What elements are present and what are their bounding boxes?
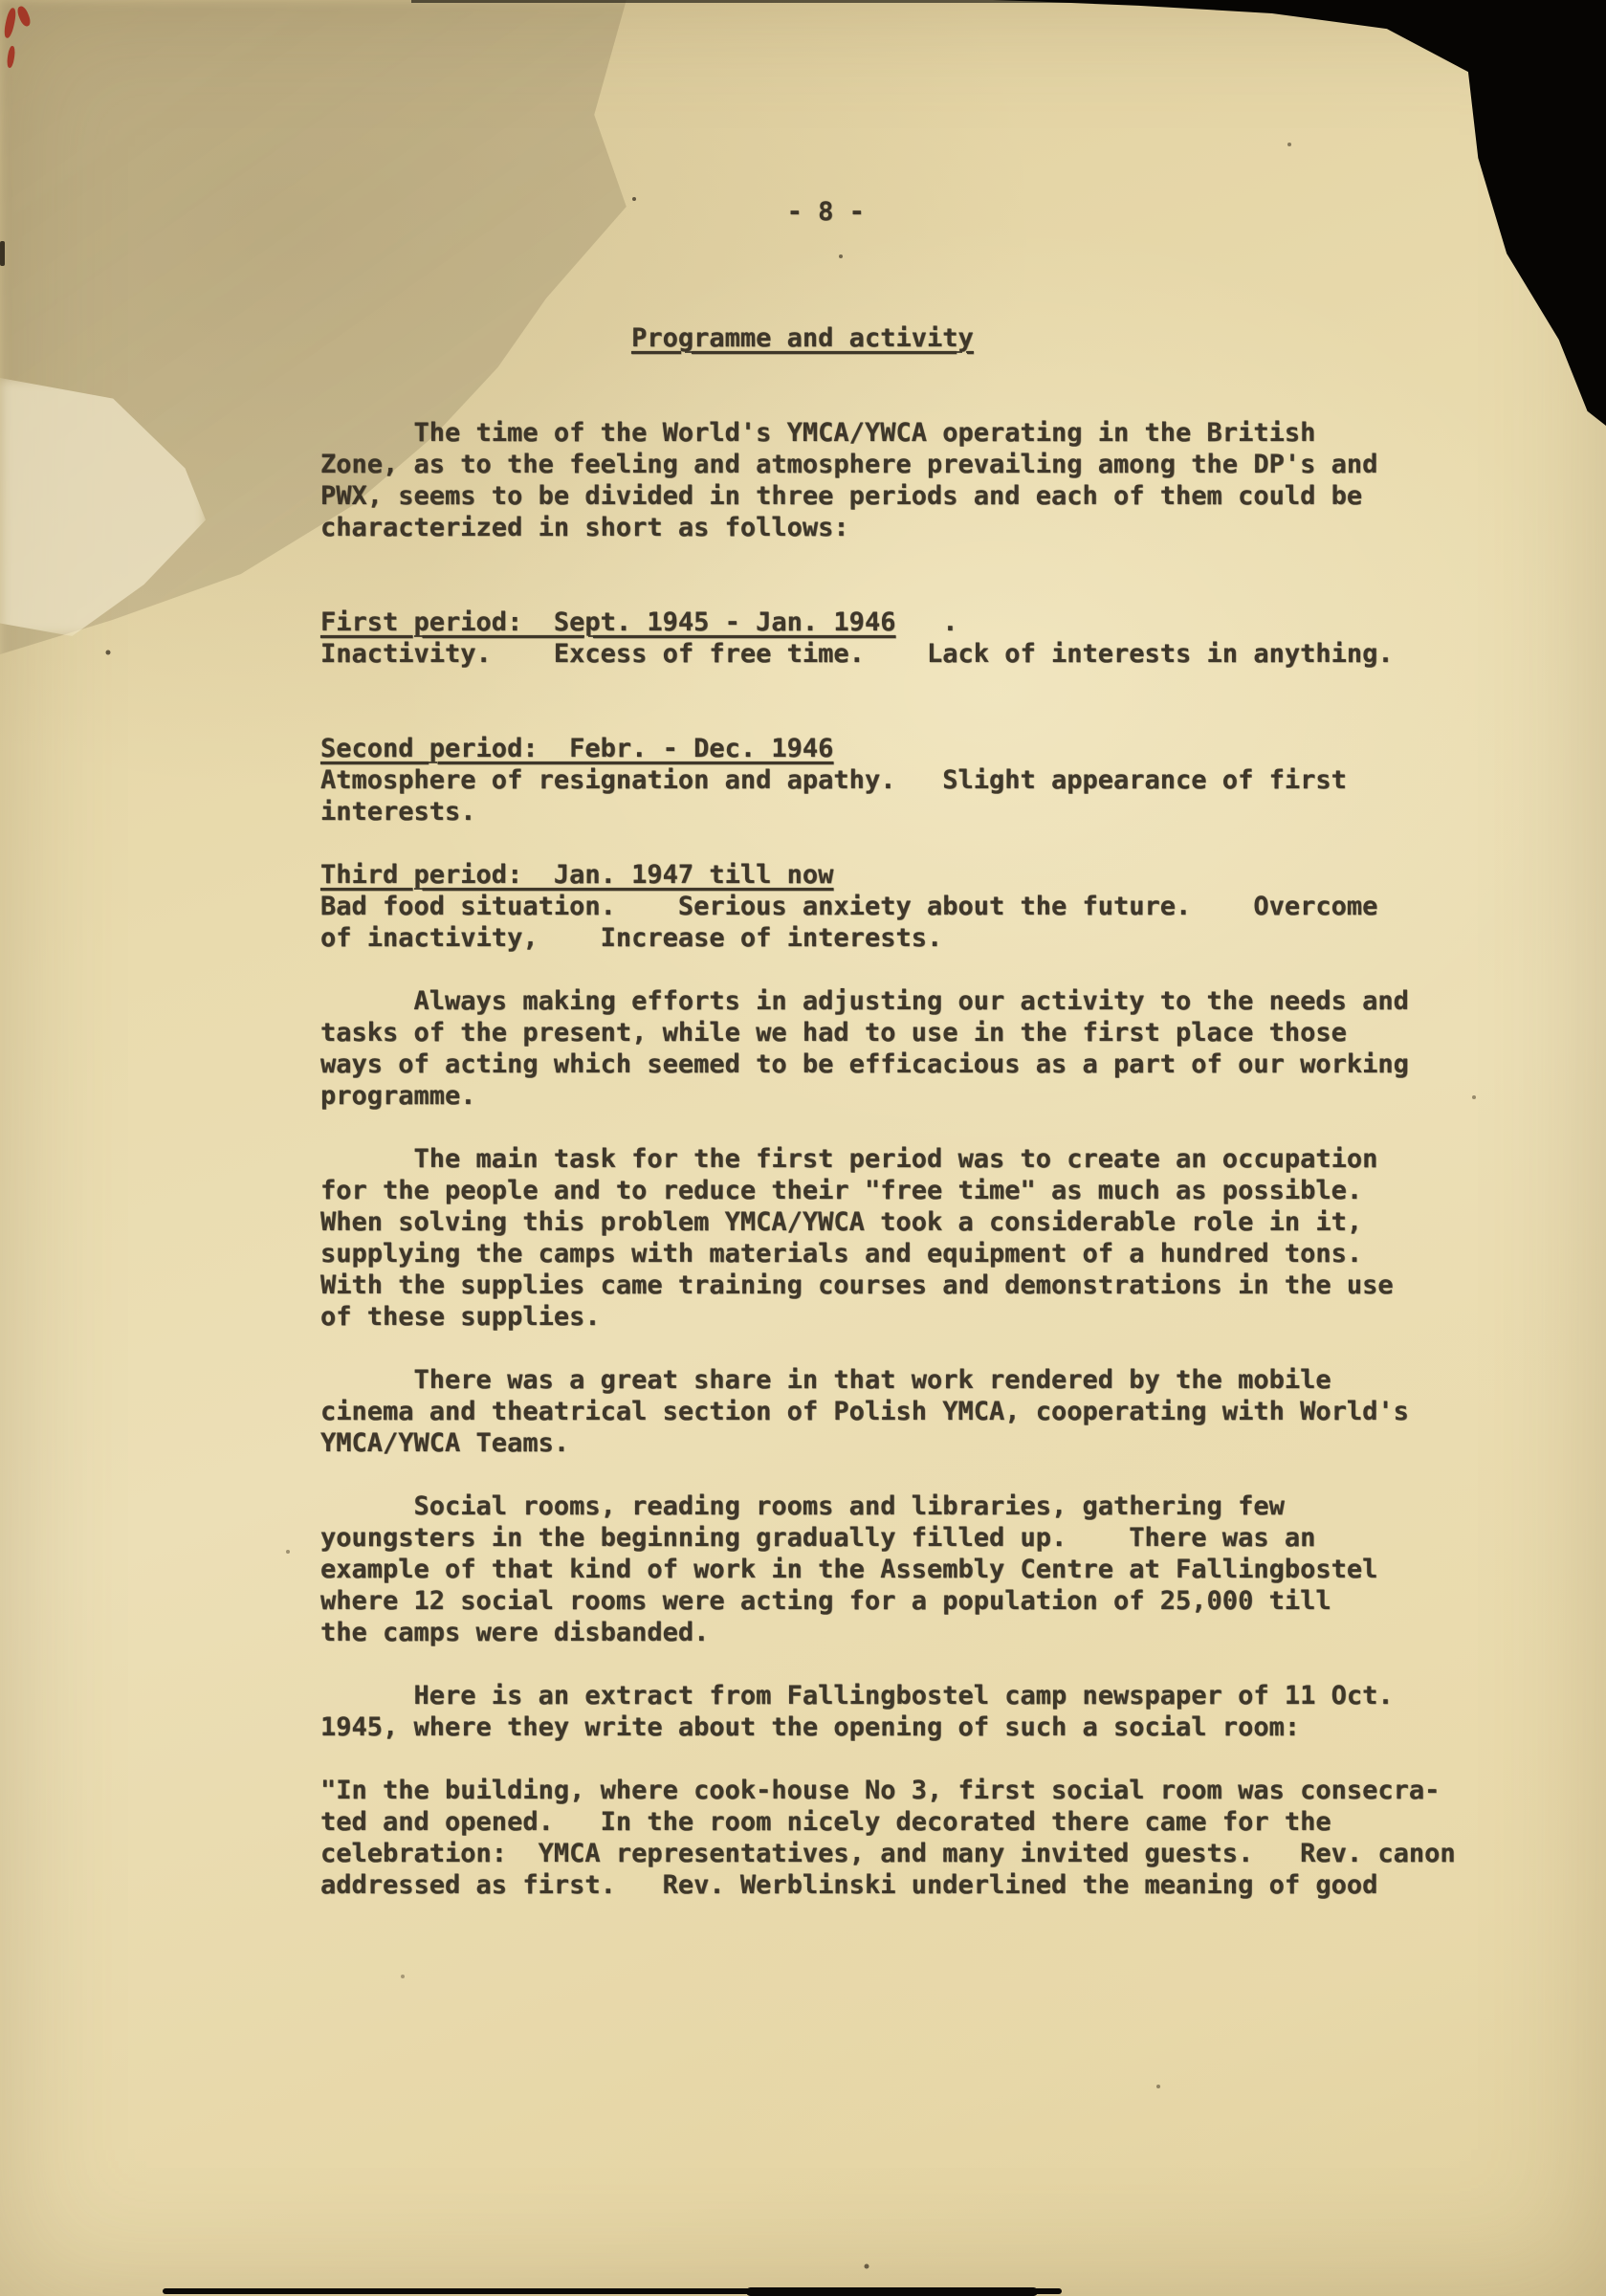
blank-line: [320, 1112, 1507, 1143]
scanned-page: - 8 - Programme and activity The time of…: [0, 0, 1606, 2296]
blank-line: [320, 1459, 1507, 1490]
blank-line: [320, 1333, 1507, 1364]
text-line: tasks of the present, while we had to us…: [320, 1017, 1507, 1049]
blank-line: [320, 1743, 1507, 1775]
text-line: Atmosphere of resignation and apathy. Sl…: [320, 764, 1507, 796]
blank-line: [320, 259, 1507, 291]
text-line: characterized in short as follows:: [320, 512, 1507, 543]
text-line: ways of acting which seemed to be effica…: [320, 1049, 1507, 1080]
page-number: - 8 -: [320, 196, 1507, 228]
text-line: Bad food situation. Serious anxiety abou…: [320, 891, 1507, 922]
scan-edge-bottom: [746, 2287, 1038, 2296]
text-line: With the supplies came training courses …: [320, 1269, 1507, 1301]
text-line: addressed as first. Rev. Werblinski unde…: [320, 1869, 1507, 1901]
blank-line: [320, 670, 1507, 701]
text-line: When solving this problem YMCA/YWCA took…: [320, 1206, 1507, 1238]
blank-line: [320, 1648, 1507, 1680]
text-line: interests.: [320, 796, 1507, 828]
blank-line: [320, 575, 1507, 607]
third-period-heading: Third period: Jan. 1947 till now: [320, 859, 1507, 891]
typewritten-text: - 8 - Programme and activity The time of…: [320, 196, 1507, 1901]
text-line: The time of the World's YMCA/YWCA operat…: [320, 417, 1507, 449]
text-line: Always making efforts in adjusting our a…: [320, 985, 1507, 1017]
text-line: "In the building, where cook-house No 3,…: [320, 1775, 1507, 1806]
blank-line: [320, 228, 1507, 259]
blank-line: [320, 828, 1507, 859]
text-line: 1945, where they write about the opening…: [320, 1711, 1507, 1743]
text-line: youngsters in the beginning gradually fi…: [320, 1522, 1507, 1554]
blank-line: [320, 543, 1507, 575]
paper: - 8 - Programme and activity The time of…: [0, 0, 1606, 2296]
first-period-heading: First period: Sept. 1945 - Jan. 1946 .: [320, 607, 1507, 638]
text-line: the camps were disbanded.: [320, 1617, 1507, 1648]
text-line: ted and opened. In the room nicely decor…: [320, 1806, 1507, 1838]
text-line: Social rooms, reading rooms and librarie…: [320, 1490, 1507, 1522]
text-line: for the people and to reduce their "free…: [320, 1175, 1507, 1206]
text-line: example of that kind of work in the Asse…: [320, 1554, 1507, 1585]
text-line: cinema and theatrical section of Polish …: [320, 1396, 1507, 1427]
second-period-heading: Second period: Febr. - Dec. 1946: [320, 733, 1507, 764]
blank-line: [320, 354, 1507, 386]
text-line: supplying the camps with materials and e…: [320, 1238, 1507, 1269]
blank-line: [320, 291, 1507, 322]
left-edge-nick: [0, 241, 5, 266]
dust-specks: [0, 0, 2, 2]
text-line: The main task for the first period was t…: [320, 1143, 1507, 1175]
blank-line: [320, 386, 1507, 417]
text-line: celebration: YMCA representatives, and m…: [320, 1838, 1507, 1869]
blank-line: [320, 954, 1507, 985]
text-line: YMCA/YWCA Teams.: [320, 1427, 1507, 1459]
text-line: of these supplies.: [320, 1301, 1507, 1333]
text-line: Here is an extract from Fallingbostel ca…: [320, 1680, 1507, 1711]
text-line: of inactivity, Increase of interests.: [320, 922, 1507, 954]
text-line: Inactivity. Excess of free time. Lack of…: [320, 638, 1507, 670]
blank-line: [320, 701, 1507, 733]
document-title: Programme and activity: [320, 322, 1507, 354]
text-line: where 12 social rooms were acting for a …: [320, 1585, 1507, 1617]
text-line: There was a great share in that work ren…: [320, 1364, 1507, 1396]
text-line: Zone, as to the feeling and atmosphere p…: [320, 449, 1507, 480]
text-line: programme.: [320, 1080, 1507, 1112]
text-line: PWX, seems to be divided in three period…: [320, 480, 1507, 512]
